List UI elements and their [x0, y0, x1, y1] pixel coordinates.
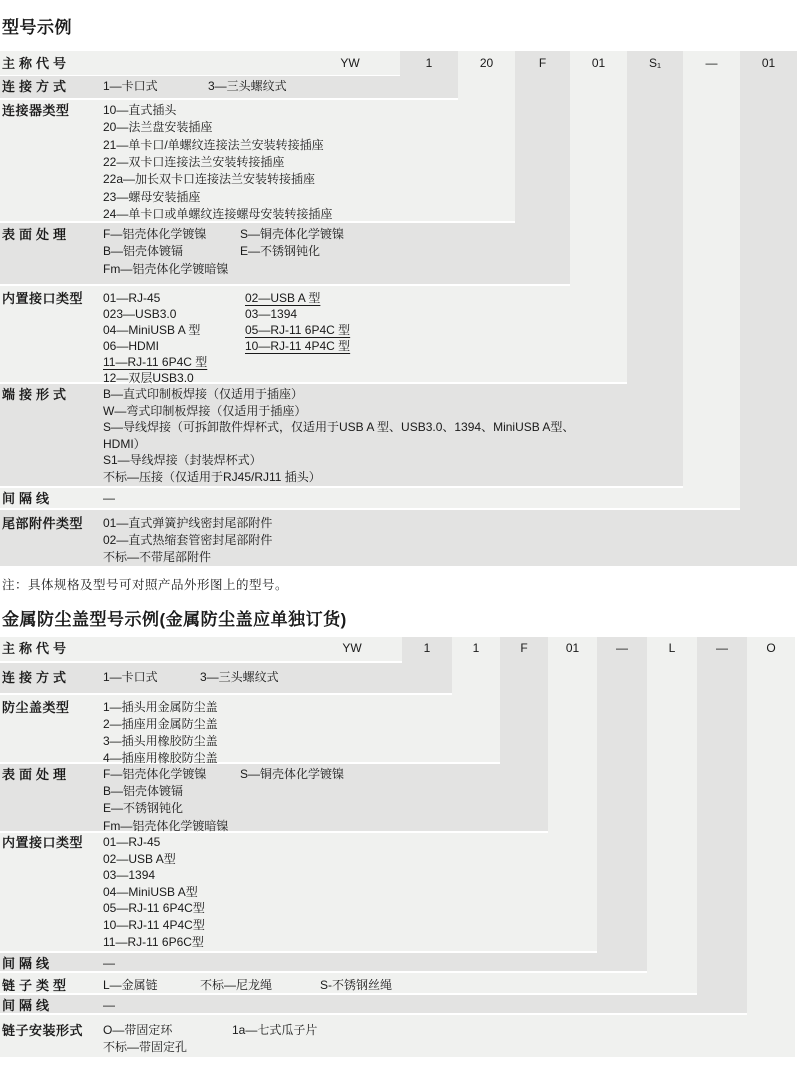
code-column-band [597, 637, 647, 971]
code-description-item: 23—螺母安装插座 [103, 190, 200, 204]
model-code-cell: F [500, 641, 548, 655]
code-description-item: 03—1394 [245, 307, 297, 321]
code-description-item: 02—直式热缩套管密封尾部附件 [103, 533, 272, 547]
code-description-item: 10—RJ-11 4P4C型 [103, 918, 205, 932]
code-description-item: S—导线焊接（可拆卸散件焊杯式，仅适用于USB A 型、USB3.0、1394、… [103, 420, 574, 434]
code-column-band [647, 637, 697, 993]
code-description-item: S1—导线焊接（封装焊杯式） [103, 453, 262, 467]
dust-cap-model-example-row-chain-type-label: 链子类型 [2, 978, 70, 993]
code-description-item: — [103, 998, 115, 1012]
code-description-item: E—不锈钢钝化 [240, 244, 320, 258]
code-description-item: 10—RJ-11 4P4C 型 [245, 339, 350, 353]
model-number-example-row-connector-type-label: 连接器类型 [2, 103, 70, 118]
code-description-item: 不标—压接（仅适用于RJ45/RJ11 插头） [103, 470, 321, 484]
dust-cap-model-example-row-interface-type-label: 内置接口类型 [2, 835, 83, 850]
code-description-item: 3—插头用橡胶防尘盖 [103, 734, 218, 748]
dust-cap-model-example-row-dust-cap-type-label: 防尘盖类型 [2, 700, 70, 715]
model-code-cell: F [515, 56, 570, 70]
code-description-item: S—铜壳体化学镀镍 [240, 227, 344, 241]
code-description-item: 不标—尼龙绳 [200, 978, 272, 992]
note-line: 注：具体规格及型号可对照产品外形图上的型号。 [2, 575, 288, 593]
code-description-item: E—不锈钢钝化 [103, 801, 183, 815]
code-column-band [683, 51, 740, 508]
code-description-item: 11—RJ-11 6P4C 型 [103, 355, 207, 369]
code-description-item: 02—USB A 型 [245, 291, 320, 305]
code-description-item: 1—卡口式 [103, 670, 158, 684]
code-description-item: S-不锈钢丝绳 [320, 978, 392, 992]
series-prefix-code: YW [302, 641, 402, 655]
model-number-example-row-termination-type-label: 端接形式 [2, 387, 70, 402]
code-description-item: 1—插头用金属防尘盖 [103, 700, 218, 714]
code-description-item: Fm—铝壳体化学镀暗镍 [103, 262, 228, 276]
model-code-cell: 01 [570, 56, 627, 70]
code-description-item: B—直式印制板焊接（仅适用于插座） [103, 387, 303, 401]
dust-cap-model-example-row-separator-2-label: 间隔线 [2, 998, 53, 1013]
code-description-item: 21—单卡口/单螺纹连接法兰安装转接插座 [103, 138, 324, 152]
code-description-item: B—铝壳体镀镉 [103, 784, 183, 798]
model-number-example-row-surface-treatment-label: 表面处理 [2, 227, 70, 242]
code-column-band [747, 637, 795, 1057]
model-number-example-row-connection-type-label: 连接方式 [2, 79, 70, 94]
model-code-cell: 1 [452, 641, 500, 655]
dust-cap-model-example-row-separator-1-label: 间隔线 [2, 956, 53, 971]
model-number-example-row-interface-type-label: 内置接口类型 [2, 291, 83, 306]
dust-cap-model-example-row-separator-1-background [0, 953, 647, 971]
code-description-item: 20—法兰盘安装插座 [103, 120, 212, 134]
model-code-cell: — [597, 641, 647, 655]
code-description-item: 02—USB A型 [103, 852, 176, 866]
main-designation-label: 主称代号 [2, 641, 70, 656]
code-description-item: 3—三头螺纹式 [208, 79, 287, 93]
code-description-item: 3—三头螺纹式 [200, 670, 279, 684]
document-page: 型号示例主称代号YW120F01S₁—01连接方式1—卡口式3—三头螺纹式连接器… [0, 0, 800, 1068]
code-description-item: 1—卡口式 [103, 79, 158, 93]
dust-cap-model-example-row-connection-type-label: 连接方式 [2, 670, 70, 685]
code-description-item: 01—直式弹簧护线密封尾部附件 [103, 516, 272, 530]
dust-cap-model-example-row-dust-cap-type-background [0, 695, 500, 762]
model-code-cell: O [747, 641, 795, 655]
code-description-item: — [103, 491, 115, 505]
code-description-item: 01—RJ-45 [103, 835, 160, 849]
code-description-item: O—带固定环 [103, 1023, 172, 1037]
code-description-item: Fm—铝壳体化学镀暗镍 [103, 819, 228, 833]
code-description-item: L—金属链 [103, 978, 158, 992]
code-description-item: — [103, 956, 115, 970]
model-code-cell: 1 [400, 56, 458, 70]
dust-cap-model-example-row-interface-type-background [0, 833, 597, 951]
code-description-item: F—铝壳体化学镀镍 [103, 227, 206, 241]
code-column-band [740, 51, 797, 566]
code-description-item: F—铝壳体化学镀镍 [103, 767, 206, 781]
code-description-item: 01—RJ-45 [103, 291, 160, 305]
model-code-cell: S₁ [627, 56, 683, 70]
code-description-item: 023—USB3.0 [103, 307, 176, 321]
code-description-item: 04—MiniUSB A 型 [103, 323, 200, 337]
model-code-cell: — [697, 641, 747, 655]
code-description-item: 24—单卡口或单螺纹连接螺母安装转接插座 [103, 207, 332, 221]
model-number-example-row-tail-accessory-type-label: 尾部附件类型 [2, 516, 83, 531]
code-description-item: 05—RJ-11 6P4C型 [103, 901, 205, 915]
model-code-cell: 1 [402, 641, 452, 655]
model-code-cell: 01 [740, 56, 797, 70]
code-description-item: 2—插座用金属防尘盖 [103, 717, 218, 731]
model-code-cell: — [683, 56, 740, 70]
code-description-item: 4—插座用橡胶防尘盖 [103, 751, 218, 765]
code-description-item: 22—双卡口连接法兰安装转接插座 [103, 155, 284, 169]
series-prefix-code: YW [300, 56, 400, 70]
code-description-item: 05—RJ-11 6P4C 型 [245, 323, 350, 337]
code-description-item: 04—MiniUSB A型 [103, 885, 198, 899]
code-description-item: B—铝壳体镀镉 [103, 244, 183, 258]
dust-cap-model-example-row-surface-treatment-label: 表面处理 [2, 767, 70, 782]
code-description-item: 1a—七式瓜子片 [232, 1023, 317, 1037]
code-description-item: 03—1394 [103, 868, 155, 882]
code-description-item: HDMI） [103, 437, 146, 451]
main-designation-label: 主称代号 [2, 56, 70, 71]
code-description-item: 11—RJ-11 6P6C型 [103, 935, 204, 949]
model-code-cell: 20 [458, 56, 515, 70]
code-description-item: W—弯式印制板焊接（仅适用于插座） [103, 404, 306, 418]
code-description-item: S—铜壳体化学镀镍 [240, 767, 344, 781]
dust-cap-model-example-row-chain-mount-type-label: 链子安装形式 [2, 1023, 83, 1038]
code-column-band [697, 637, 747, 1013]
dust-cap-model-example-title: 金属防尘盖型号示例(金属防尘盖应单独订货) [2, 605, 347, 630]
code-description-item: 22a—加长双卡口连接法兰安装转接插座 [103, 172, 315, 186]
model-number-example-row-separator-label: 间隔线 [2, 491, 53, 506]
model-number-example-title: 型号示例 [2, 13, 72, 38]
code-description-item: 不标—不带尾部附件 [103, 550, 211, 564]
model-code-cell: L [647, 641, 697, 655]
code-description-item: 不标—带固定孔 [103, 1040, 187, 1054]
code-description-item: 12—双层USB3.0 [103, 371, 194, 385]
model-code-cell: 01 [548, 641, 597, 655]
code-description-item: 10—直式插头 [103, 103, 176, 117]
code-description-item: 06—HDMI [103, 339, 159, 353]
